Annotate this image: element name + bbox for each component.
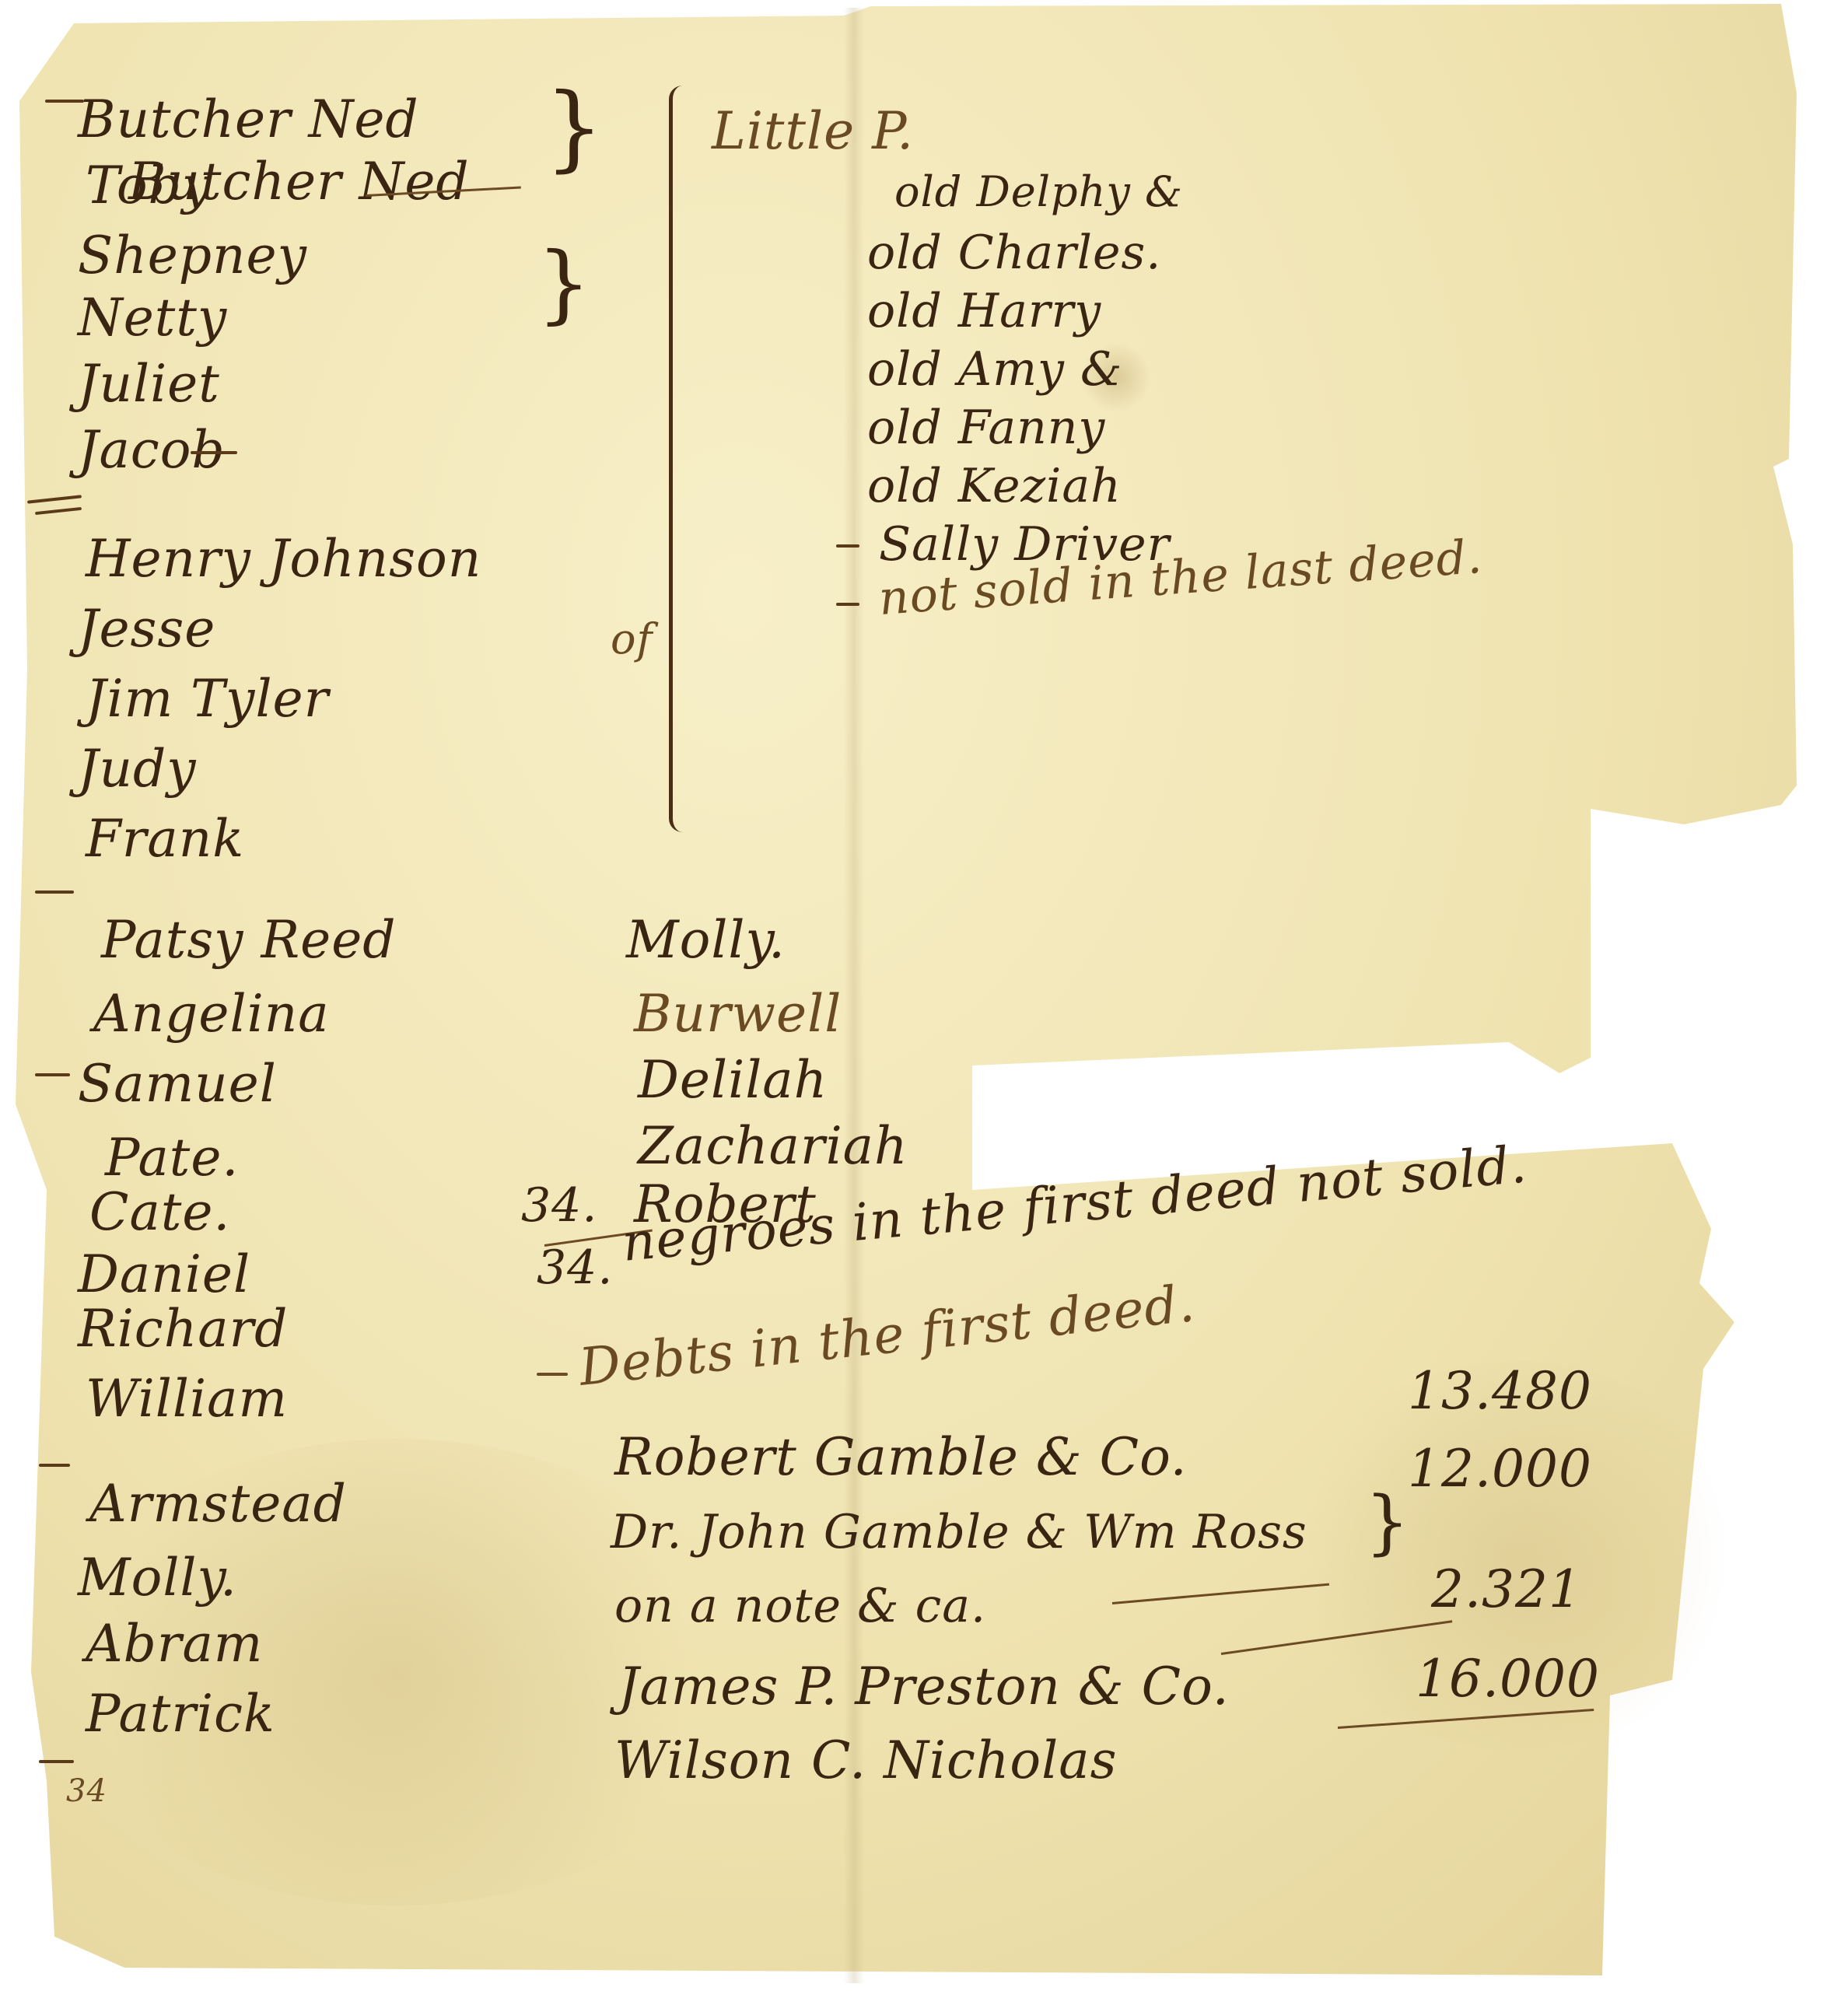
tick-mark xyxy=(39,1464,70,1467)
name-entry: old Harry xyxy=(867,284,1101,338)
debt-amount: 16.000 xyxy=(1416,1649,1600,1709)
creditor-name: Robert Gamble & Co. xyxy=(614,1427,1188,1487)
name-entry: Angelina xyxy=(93,984,330,1044)
name-entry: old Fanny xyxy=(867,401,1105,455)
name-entry: Judy xyxy=(78,739,197,799)
name-entry: Cate. xyxy=(89,1182,230,1242)
name-entry: Shepney xyxy=(78,226,307,285)
brace-mark: } xyxy=(544,74,604,182)
name-entry: Samuel xyxy=(78,1054,277,1114)
section-header: Little P. xyxy=(712,101,914,161)
tick-mark xyxy=(836,603,859,606)
bracket-annotation: of xyxy=(611,614,653,663)
count-number: 34. xyxy=(537,1240,613,1295)
debt-amount: 2.321 xyxy=(1431,1559,1582,1619)
bottom-number-mark: 34 xyxy=(66,1773,107,1809)
name-entry: Patrick xyxy=(86,1684,275,1744)
name-entry: Toby xyxy=(86,156,212,215)
name-entry: Jacob xyxy=(78,420,226,480)
name-entry: old Amy & xyxy=(867,342,1122,397)
name-entry: Pate. xyxy=(105,1128,239,1188)
name-entry: Daniel xyxy=(78,1244,250,1304)
tick-mark xyxy=(35,891,74,894)
name-entry: Jesse xyxy=(78,599,215,659)
grouping-bracket-line xyxy=(669,86,696,832)
name-entry: Henry Johnson xyxy=(86,529,481,589)
tick-mark xyxy=(39,1760,74,1763)
creditor-name: Dr. John Gamble & Wm Ross xyxy=(611,1505,1307,1559)
count-number: 34. xyxy=(521,1178,597,1233)
name-entry: Abram xyxy=(86,1614,263,1674)
brace-mark: } xyxy=(1365,1482,1409,1563)
name-entry: Frank xyxy=(86,809,244,869)
tick-mark xyxy=(191,451,237,454)
creditor-name: James P. Preston & Co. xyxy=(618,1657,1230,1716)
name-entry: Juliet xyxy=(78,354,220,414)
name-entry: Zachariah xyxy=(638,1116,908,1176)
name-entry: Armstead xyxy=(89,1474,347,1534)
creditor-name: on a note & ca. xyxy=(614,1579,986,1633)
tick-mark xyxy=(836,544,859,548)
name-entry: old Delphy & xyxy=(894,167,1183,216)
name-entry: Jim Tyler xyxy=(86,669,329,729)
debt-amount: 12.000 xyxy=(1408,1439,1592,1499)
debt-amount: 13.480 xyxy=(1408,1361,1592,1421)
tick-mark xyxy=(537,1373,568,1376)
name-entry: Butcher Ned xyxy=(78,89,419,149)
name-entry: Molly. xyxy=(626,910,786,970)
name-entry: William xyxy=(86,1369,288,1429)
name-entry: Molly. xyxy=(78,1548,237,1608)
brace-mark: } xyxy=(537,233,591,333)
name-entry: Burwell xyxy=(634,984,842,1044)
name-entry: old Charles. xyxy=(867,226,1161,280)
creditor-name: Wilson C. Nicholas xyxy=(614,1730,1117,1790)
tick-mark xyxy=(35,1073,70,1076)
name-entry: Richard xyxy=(78,1299,288,1359)
name-entry: Delilah xyxy=(638,1050,828,1110)
name-entry: Patsy Reed xyxy=(101,910,397,970)
name-entry: old Keziah xyxy=(867,459,1122,513)
name-entry: Netty xyxy=(78,288,227,348)
